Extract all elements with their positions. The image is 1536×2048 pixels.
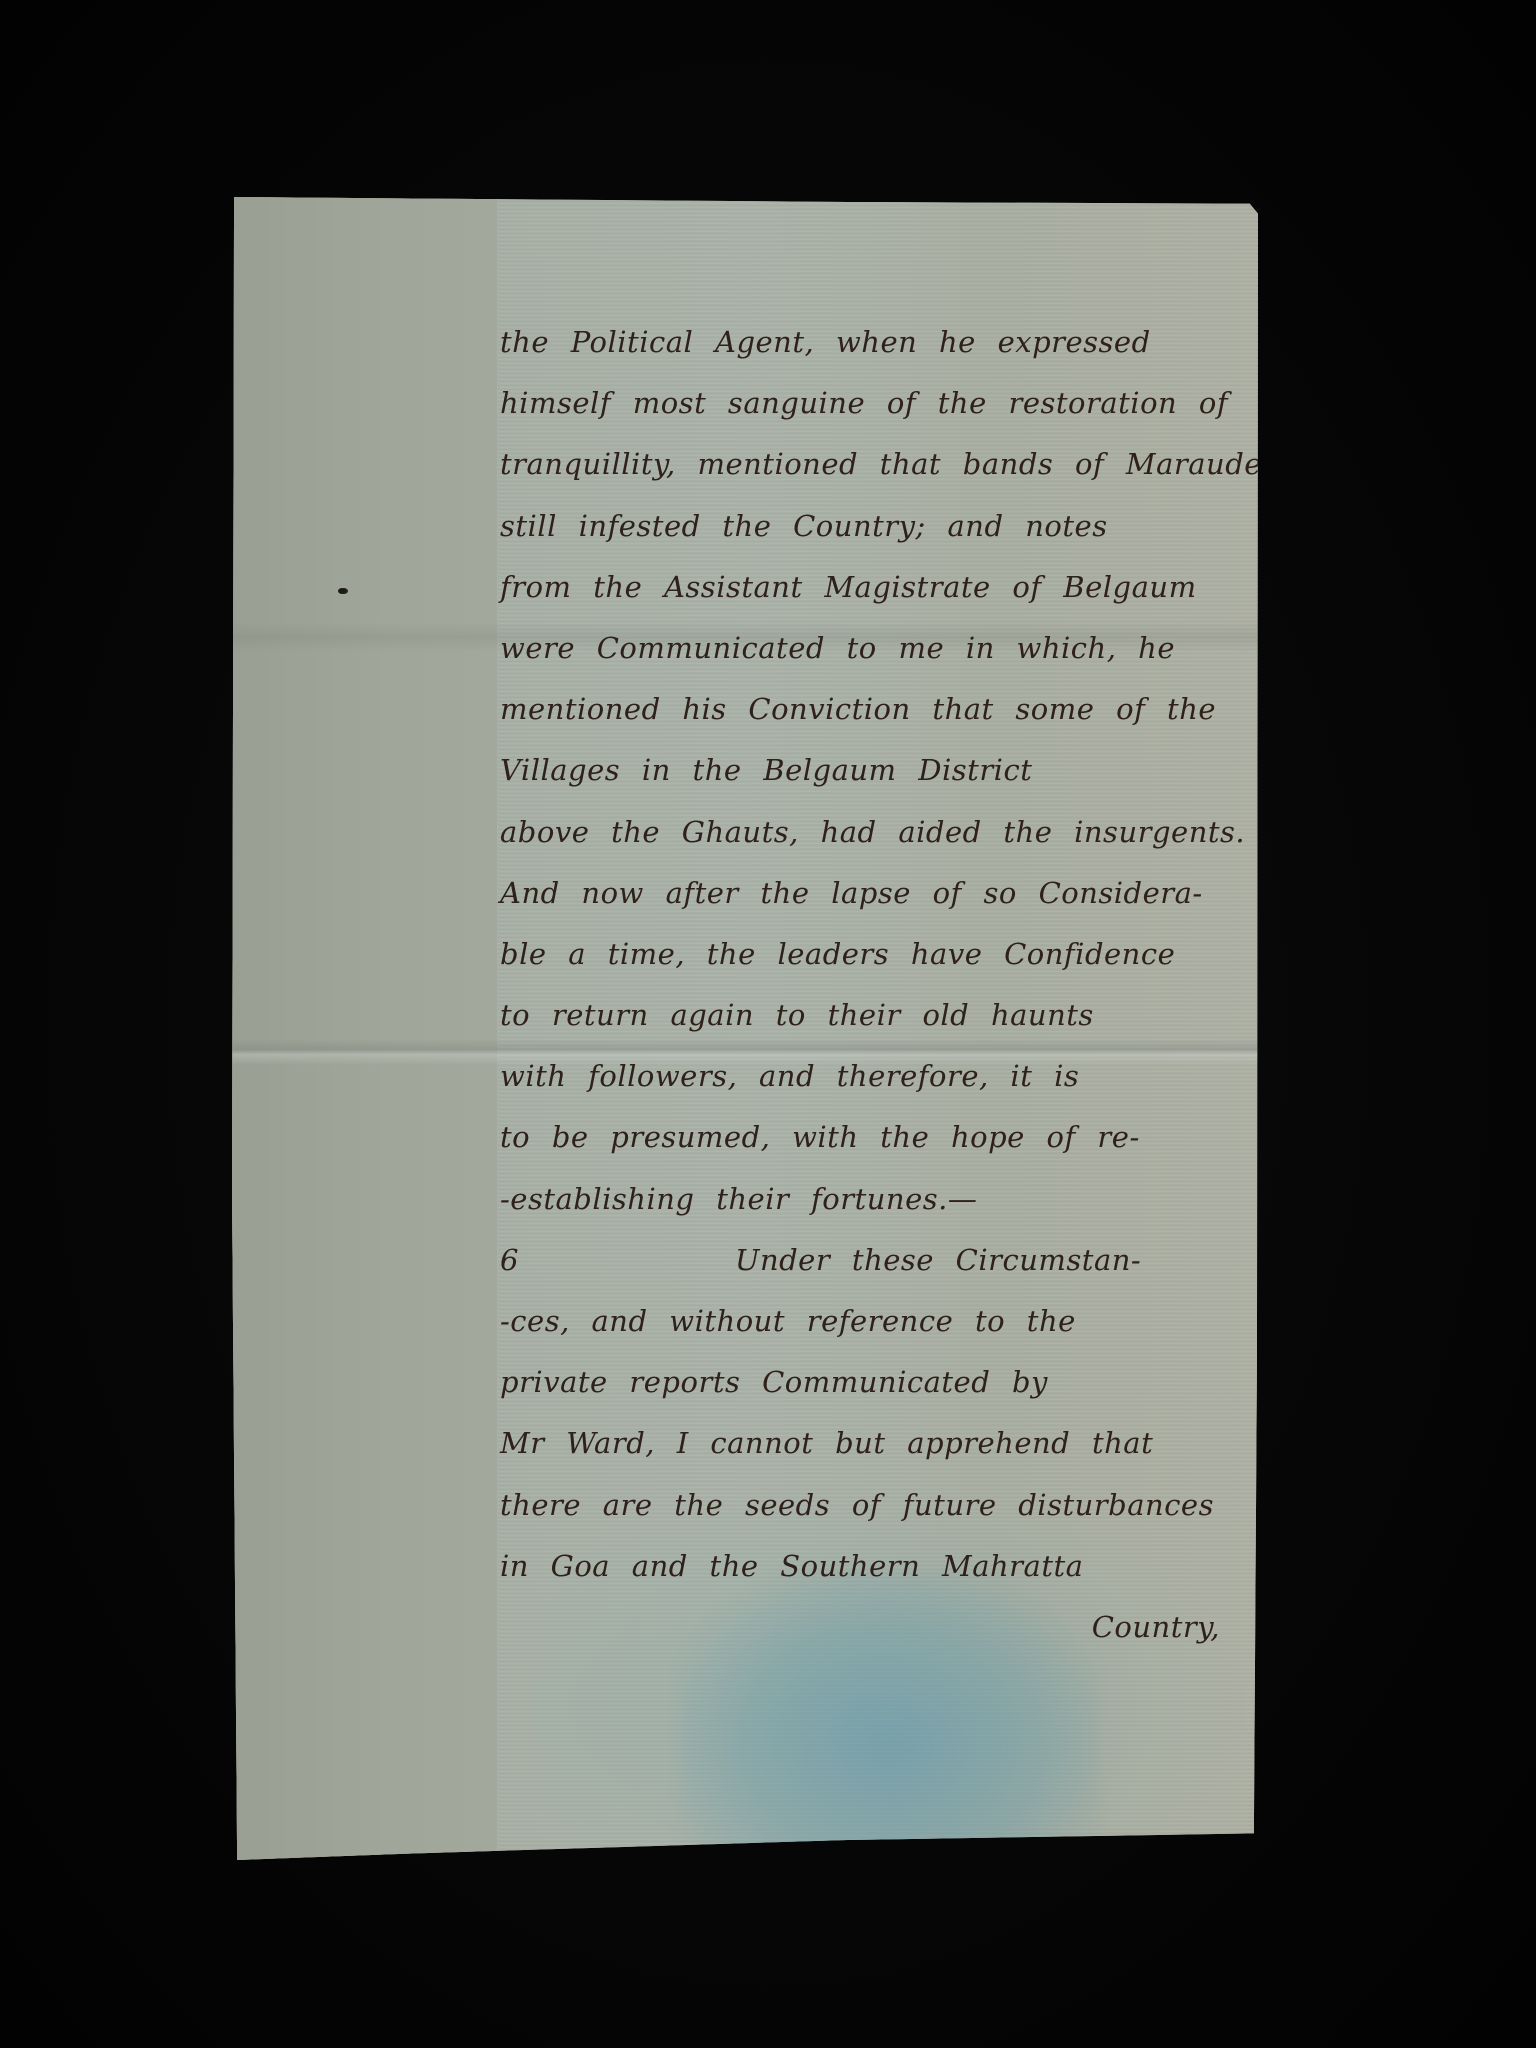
text-line: there are the seeds of future disturbanc… (500, 1475, 1240, 1536)
text-line: ble a time, the leaders have Confidence (500, 924, 1240, 985)
handwritten-text-body: the Political Agent, when he expressed h… (500, 312, 1240, 1658)
text-line: to return again to their old haunts (500, 985, 1240, 1046)
text-line: still infested the Country; and notes (500, 496, 1240, 557)
pin-hole (338, 588, 346, 594)
text-line: -establishing their fortunes.— (500, 1169, 1240, 1230)
paragraph-number: 6 (500, 1230, 735, 1291)
text-line: mentioned his Conviction that some of th… (500, 679, 1240, 740)
text-line: -ces, and without reference to the (500, 1291, 1240, 1352)
text-line: above the Ghauts, had aided the insurgen… (500, 802, 1240, 863)
text-line: were Communicated to me in which, he (500, 618, 1240, 679)
text-line: the Political Agent, when he expressed (500, 312, 1240, 373)
text-line: with followers, and therefore, it is (500, 1046, 1240, 1107)
manuscript-page: the Political Agent, when he expressed h… (232, 197, 1258, 1860)
text-line: tranquillity, mentioned that bands of Ma… (500, 434, 1240, 495)
text-line: to be presumed, with the hope of re- (500, 1107, 1240, 1168)
text-line: Mr Ward, I cannot but apprehend that (500, 1413, 1240, 1474)
catchword: Country, (500, 1597, 1240, 1658)
text-line: private reports Communicated by (500, 1352, 1240, 1413)
text-line: himself most sanguine of the restoration… (500, 373, 1240, 434)
paragraph-first-text: Under these Circumstan- (735, 1243, 1141, 1277)
paragraph-start-line: 6Under these Circumstan- (500, 1230, 1240, 1291)
left-margin-fold (232, 197, 498, 1860)
text-line: Villages in the Belgaum District (500, 740, 1240, 801)
text-line: from the Assistant Magistrate of Belgaum (500, 557, 1240, 618)
text-line: in Goa and the Southern Mahratta (500, 1536, 1240, 1597)
text-line: And now after the lapse of so Considera- (500, 863, 1240, 924)
